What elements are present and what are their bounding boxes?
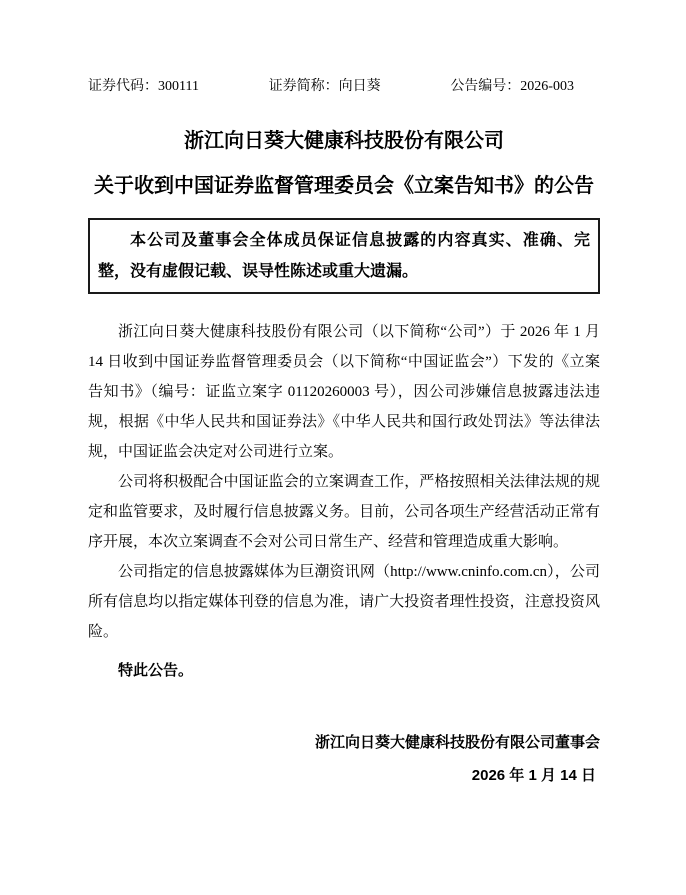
disclosure-statement-text: 本公司及董事会全体成员保证信息披露的内容真实、准确、完整，没有虚假记载、误导性陈… [98,232,590,280]
body-paragraph-3: 公司指定的信息披露媒体为巨潮资讯网（http://www.cninfo.com.… [88,557,600,647]
body-paragraph-2: 公司将积极配合中国证监会的立案调查工作，严格按照相关法律法规的规定和监管要求，及… [88,467,600,557]
signature-date: 2026 年 1 月 14 日 [88,765,600,787]
announcement-body: 浙江向日葵大健康科技股份有限公司（以下简称“公司”）于 2026 年 1 月 1… [88,317,600,647]
body-paragraph-1: 浙江向日葵大健康科技股份有限公司（以下简称“公司”）于 2026 年 1 月 1… [88,317,600,467]
company-name-title: 浙江向日葵大健康科技股份有限公司 [88,128,600,154]
disclosure-statement-box: 本公司及董事会全体成员保证信息披露的内容真实、准确、完整，没有虚假记载、误导性陈… [88,218,600,294]
stock-code-label: 证券代码：300111 [88,78,199,96]
announcement-number-label: 公告编号：2026-003 [450,78,574,96]
board-signature: 浙江向日葵大健康科技股份有限公司董事会 [88,732,600,754]
securities-header-row: 证券代码：300111 证券简称：向日葵 公告编号：2026-003 [88,78,600,96]
announcement-title: 关于收到中国证券监督管理委员会《立案告知书》的公告 [88,173,600,199]
stock-short-name-label: 证券简称：向日葵 [269,78,381,96]
announcement-document-page: 证券代码：300111 证券简称：向日葵 公告编号：2026-003 浙江向日葵… [0,0,686,895]
closing-statement: 特此公告。 [88,656,600,686]
